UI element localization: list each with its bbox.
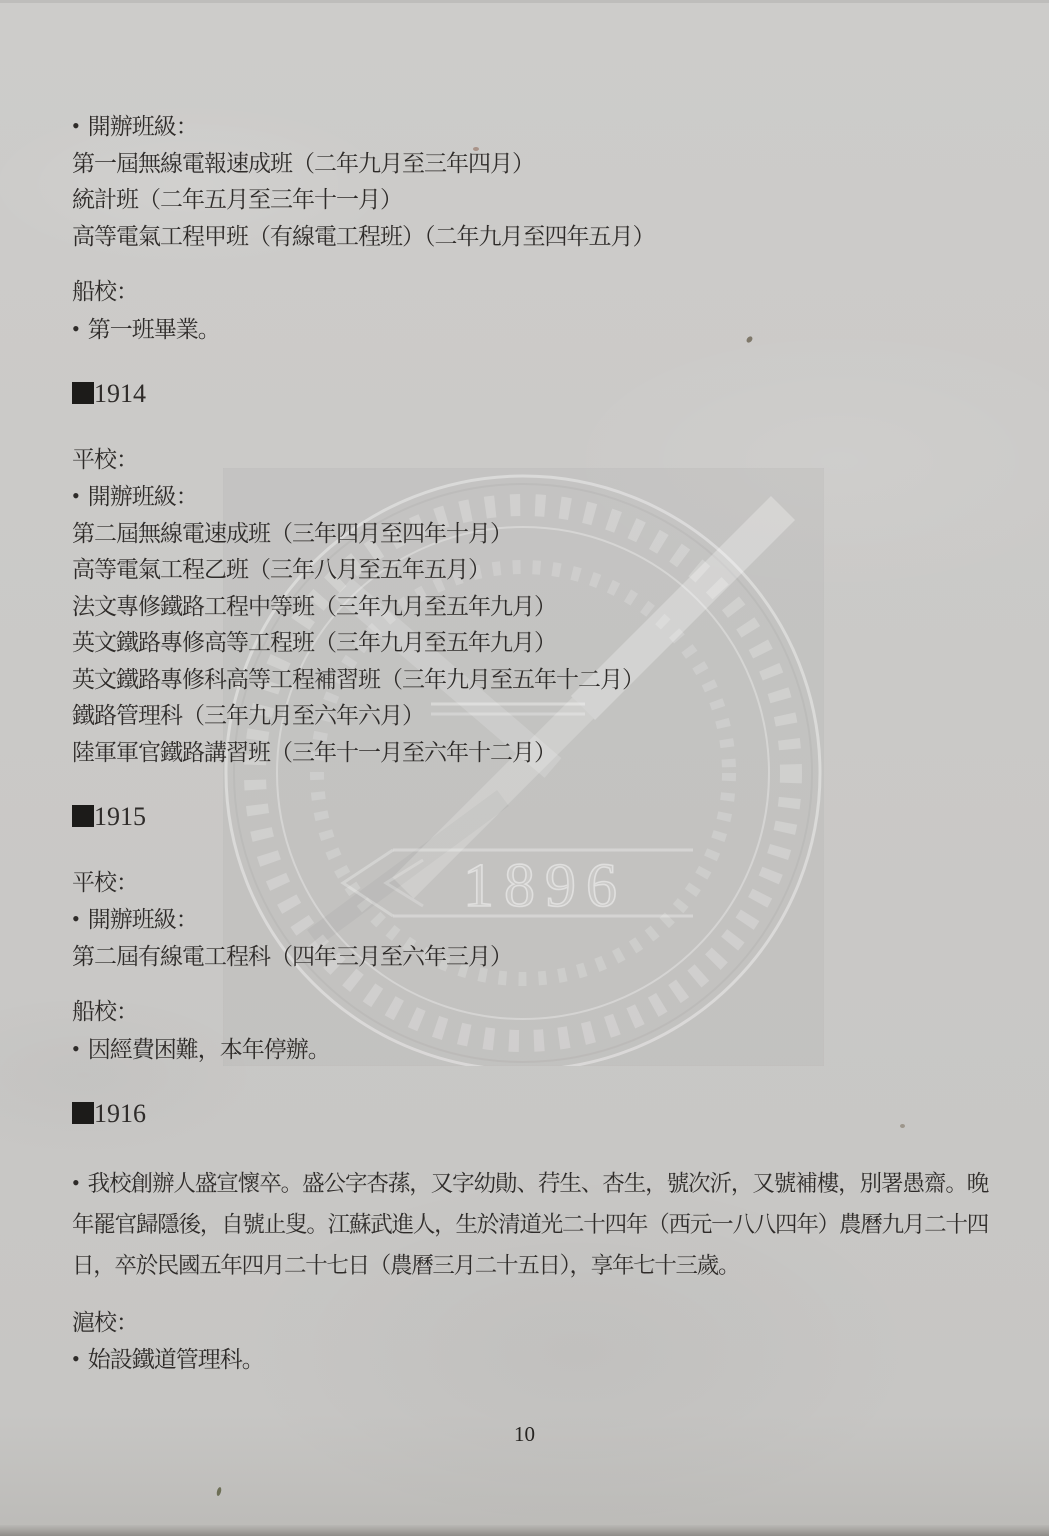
line-text: 開辦班級： bbox=[88, 114, 198, 139]
line-text: 第一屆無線電報速成班（二年九月至三年四月） bbox=[72, 151, 534, 176]
text-line: 統計班（二年五月至三年十一月） bbox=[72, 182, 988, 219]
bullet-icon: • bbox=[72, 311, 79, 348]
section-label: 平校： bbox=[72, 865, 988, 902]
section-label: 平校： bbox=[72, 442, 988, 479]
section-label: 船校： bbox=[72, 274, 988, 311]
line-text: 始設鐵道管理科。 bbox=[88, 1347, 264, 1372]
bullet-icon: • bbox=[72, 1031, 79, 1068]
year-marker-square-icon bbox=[72, 805, 94, 827]
line-text: 我校創辦人盛宣懷卒。盛公字杏蓀，又字幼勛、荇生、杏生，號次沂，又號補樓，別署愚齋… bbox=[72, 1171, 988, 1278]
bullet-icon: • bbox=[72, 1162, 78, 1203]
line-text: 英文鐵路專修科高等工程補習班（三年九月至五年十二月） bbox=[72, 667, 644, 692]
text-line: 陸軍軍官鐵路講習班（三年十一月至六年十二月） bbox=[72, 735, 988, 772]
text-line: 第二屆有線電工程科（四年三月至六年三月） bbox=[72, 939, 988, 976]
page-number: 10 bbox=[0, 1422, 1049, 1447]
line-text: 高等電氣工程乙班（三年八月至五年五月） bbox=[72, 557, 490, 582]
scanned-document-page: 1896 •開辦班級：第一屆無線電報速成班（二年九月至三年四月）統計班（二年五月… bbox=[0, 0, 1049, 1536]
line-text: 船校： bbox=[72, 999, 138, 1024]
year-marker-square-icon bbox=[72, 1102, 94, 1124]
bullet-icon: • bbox=[72, 478, 79, 515]
text-line: 鐵路管理科（三年九月至六年六月） bbox=[72, 698, 988, 735]
text-line: 英文鐵路專修科高等工程補習班（三年九月至五年十二月） bbox=[72, 662, 988, 699]
line-text: 開辦班級： bbox=[88, 484, 198, 509]
line-text: 統計班（二年五月至三年十一月） bbox=[72, 187, 402, 212]
year-heading: 1914 bbox=[72, 376, 988, 414]
year-text: 1914 bbox=[94, 379, 146, 408]
text-line: 英文鐵路專修高等工程班（三年九月至五年九月） bbox=[72, 625, 988, 662]
year-marker-square-icon bbox=[72, 382, 94, 404]
scan-edge-top bbox=[0, 0, 1049, 3]
line-text: 滬校： bbox=[72, 1310, 138, 1335]
scan-edge-bottom bbox=[0, 1525, 1049, 1536]
line-text: 鐵路管理科（三年九月至六年六月） bbox=[72, 703, 424, 728]
line-text: 第一班畢業。 bbox=[88, 317, 220, 342]
bullet-icon: • bbox=[72, 1341, 79, 1378]
text-line: •開辦班級： bbox=[72, 108, 988, 146]
text-line: •始設鐵道管理科。 bbox=[72, 1341, 988, 1379]
document-body: •開辦班級：第一屆無線電報速成班（二年九月至三年四月）統計班（二年五月至三年十一… bbox=[72, 0, 988, 1379]
line-text: 因經費困難，本年停辦。 bbox=[88, 1037, 330, 1062]
line-text: 高等電氣工程甲班（有線電工程班）（二年九月至四年五月） bbox=[72, 224, 655, 249]
section-label: 滬校： bbox=[72, 1305, 988, 1342]
text-line: •第一班畢業。 bbox=[72, 311, 988, 349]
year-heading: 1915 bbox=[72, 799, 988, 837]
paragraph: •我校創辦人盛宣懷卒。盛公字杏蓀，又字幼勛、荇生、杏生，號次沂，又號補樓，別署愚… bbox=[72, 1162, 988, 1286]
text-line: •開辦班級： bbox=[72, 901, 988, 939]
year-text: 1916 bbox=[94, 1099, 146, 1128]
bullet-icon: • bbox=[72, 901, 79, 938]
section-label: 船校： bbox=[72, 994, 988, 1031]
paper-speck bbox=[216, 1487, 222, 1497]
line-text: 英文鐵路專修高等工程班（三年九月至五年九月） bbox=[72, 630, 556, 655]
line-text: 第二屆有線電工程科（四年三月至六年三月） bbox=[72, 944, 512, 969]
text-line: 第一屆無線電報速成班（二年九月至三年四月） bbox=[72, 146, 988, 183]
line-text: 法文專修鐵路工程中等班（三年九月至五年九月） bbox=[72, 594, 556, 619]
text-line: 高等電氣工程甲班（有線電工程班）（二年九月至四年五月） bbox=[72, 219, 988, 256]
year-text: 1915 bbox=[94, 802, 146, 831]
text-line: •開辦班級： bbox=[72, 478, 988, 516]
text-line: 第二屆無線電速成班（三年四月至四年十月） bbox=[72, 516, 988, 553]
line-text: 第二屆無線電速成班（三年四月至四年十月） bbox=[72, 521, 512, 546]
paper-speck bbox=[900, 1124, 905, 1128]
text-line: 法文專修鐵路工程中等班（三年九月至五年九月） bbox=[72, 589, 988, 626]
line-text: 船校： bbox=[72, 279, 138, 304]
line-text: 平校： bbox=[72, 870, 138, 895]
year-heading: 1916 bbox=[72, 1096, 988, 1134]
line-text: 陸軍軍官鐵路講習班（三年十一月至六年十二月） bbox=[72, 740, 556, 765]
paper-speck bbox=[473, 147, 479, 151]
bullet-icon: • bbox=[72, 108, 79, 145]
text-line: 高等電氣工程乙班（三年八月至五年五月） bbox=[72, 552, 988, 589]
text-line: •因經費困難，本年停辦。 bbox=[72, 1031, 988, 1069]
line-text: 開辦班級： bbox=[88, 907, 198, 932]
line-text: 平校： bbox=[72, 447, 138, 472]
